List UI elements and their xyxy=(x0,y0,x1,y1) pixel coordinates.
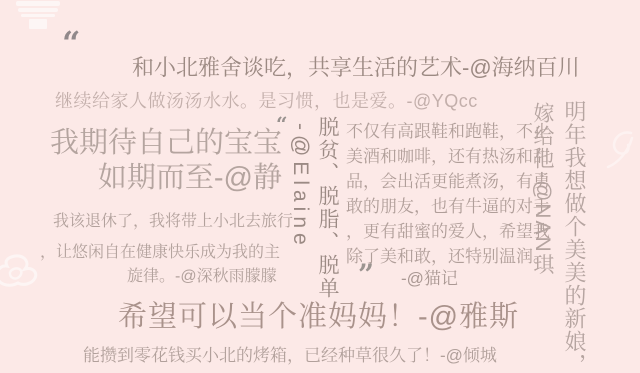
quote-yqcc: 继续给家人做汤汤水水。是习惯，也是爱。-@YQcc xyxy=(55,87,478,113)
quote-maoji-line: ，更有甜蜜的爱人，希望我 xyxy=(346,219,522,244)
quote-collage-canvas: “ 和小北雅舍谈吃，共享生活的艺术-@海纳百川 继续给家人做汤汤水水。是习惯，也… xyxy=(0,0,640,373)
quote-qingcheng: 能攒到零花钱买小北的烤箱，已经种草很久了！-@倾城 xyxy=(83,341,497,366)
script-swirl-icon xyxy=(601,127,640,173)
cloud-icon xyxy=(0,241,40,293)
quote-maoji-signature: -@猫记 xyxy=(401,264,458,289)
quote-nanqi-column1: 明年我想做个美美的新娘， xyxy=(559,100,590,373)
quote-hainabaichuan: 和小北雅舍谈吃，共享生活的艺术-@海纳百川 xyxy=(132,51,580,82)
quote-maoji-line: 美酒和咖啡，还有热汤和甜 xyxy=(346,144,522,169)
quote-maoji-line: 不仅有高跟鞋和跑鞋，不止 xyxy=(346,119,522,144)
quote-jing-line1: 我期待自己的宝宝 xyxy=(30,126,282,161)
open-quote-icon: “ xyxy=(62,27,80,59)
quote-maoji-line: 品，会出活更能煮汤，有勇 xyxy=(346,169,522,194)
quote-nanqi-column2: 嫁给他-@NAN琪 xyxy=(527,102,557,302)
quote-jing: 我期待自己的宝宝 如期而至-@静 xyxy=(30,126,282,196)
quote-maoji: 不仅有高跟鞋和跑鞋，不止 美酒和咖啡，还有热汤和甜 品，会出活更能煮汤，有勇 敢… xyxy=(346,119,522,269)
quote-tuodan-vertical: 脱贫、脱脂、脱单 xyxy=(312,116,342,300)
quote-shenqiu-line3: 旋律。-@深秋雨朦朦 xyxy=(127,263,277,286)
quote-shenqiu-line1: 我该退休了，我将带上小北去旅行 xyxy=(53,208,293,231)
pavilion-icon xyxy=(14,0,62,30)
quote-shenqiu-line2: ，让悠闲自在健康快乐成为我的主 xyxy=(40,239,280,262)
open-quote-small-icon: “ xyxy=(276,114,288,134)
quote-maoji-line: 敢的朋友，也有牛逼的对手 xyxy=(346,194,522,219)
quote-yasi: 希望可以当个准妈妈！-@雅斯 xyxy=(118,294,519,335)
close-quote-icon: ” xyxy=(358,261,374,289)
quote-jing-line2: 如期而至-@静 xyxy=(30,161,282,196)
